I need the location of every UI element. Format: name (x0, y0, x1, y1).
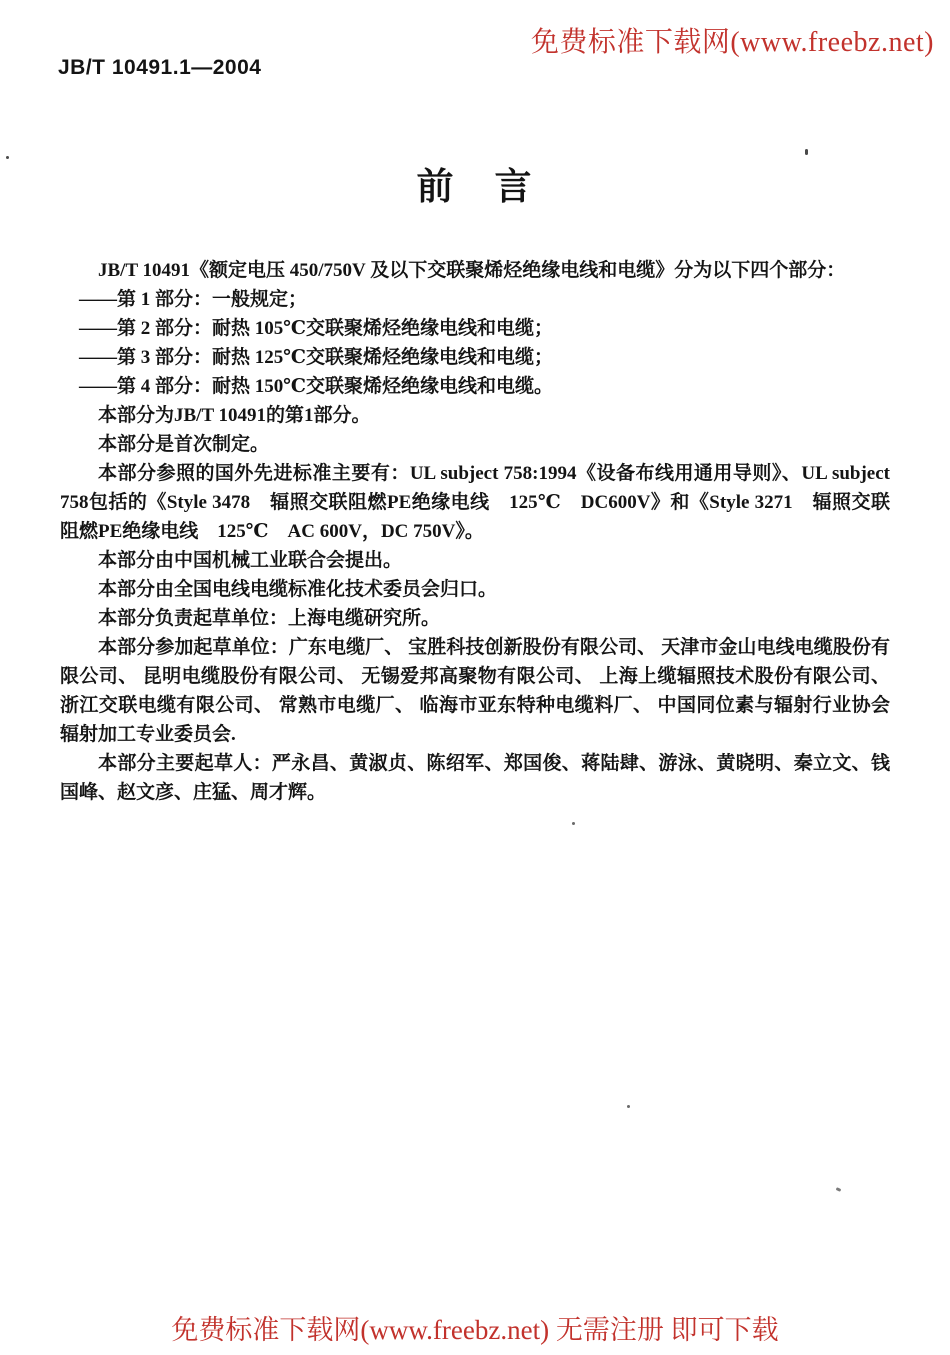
watermark-bottom: 免费标准下载网(www.freebz.net) 无需注册 即可下载 (0, 1308, 950, 1347)
paragraph: ——第 3 部分：耐热 125℃交联聚烯烃绝缘电线和电缆； (60, 343, 890, 372)
paragraph: 本部分负责起草单位：上海电缆研究所。 (60, 604, 890, 633)
watermark-top: 免费标准下载网(www.freebz.net) (531, 20, 934, 60)
scan-speck (627, 1105, 630, 1108)
paragraph: ——第 4 部分：耐热 150℃交联聚烯烃绝缘电线和电缆。 (60, 372, 890, 401)
paragraph: 本部分参加起草单位：广东电缆厂、 宝胜科技创新股份有限公司、 天津市金山电线电缆… (60, 633, 890, 749)
paragraph: ——第 1 部分：一般规定； (60, 285, 890, 314)
body-text: JB/T 10491《额定电压 450/750V 及以下交联聚烯烃绝缘电线和电缆… (60, 256, 890, 807)
scan-speck (805, 149, 808, 155)
scan-speck (6, 156, 9, 159)
paragraph: 本部分为JB/T 10491的第1部分。 (60, 401, 890, 430)
paragraph: JB/T 10491《额定电压 450/750V 及以下交联聚烯烃绝缘电线和电缆… (60, 256, 890, 285)
paragraph: 本部分由中国机械工业联合会提出。 (60, 546, 890, 575)
paragraph: 本部分由全国电线电缆标准化技术委员会归口。 (60, 575, 890, 604)
paragraph: 本部分是首次制定。 (60, 430, 890, 459)
paragraph: 本部分主要起草人：严永昌、黄淑贞、陈绍军、郑国俊、蒋陆肆、游泳、黄晓明、秦立文、… (60, 749, 890, 807)
scan-speck (836, 1187, 842, 1192)
paragraph: 本部分参照的国外先进标准主要有：UL subject 758:1994《设备布线… (60, 459, 890, 546)
standard-number: JB/T 10491.1—2004 (58, 56, 261, 80)
paragraph: ——第 2 部分：耐热 105℃交联聚烯烃绝缘电线和电缆； (60, 314, 890, 343)
scan-speck (572, 822, 575, 825)
page-title: 前 言 (0, 156, 950, 210)
document-page: 免费标准下载网(www.freebz.net) JB/T 10491.1—200… (0, 0, 950, 1355)
